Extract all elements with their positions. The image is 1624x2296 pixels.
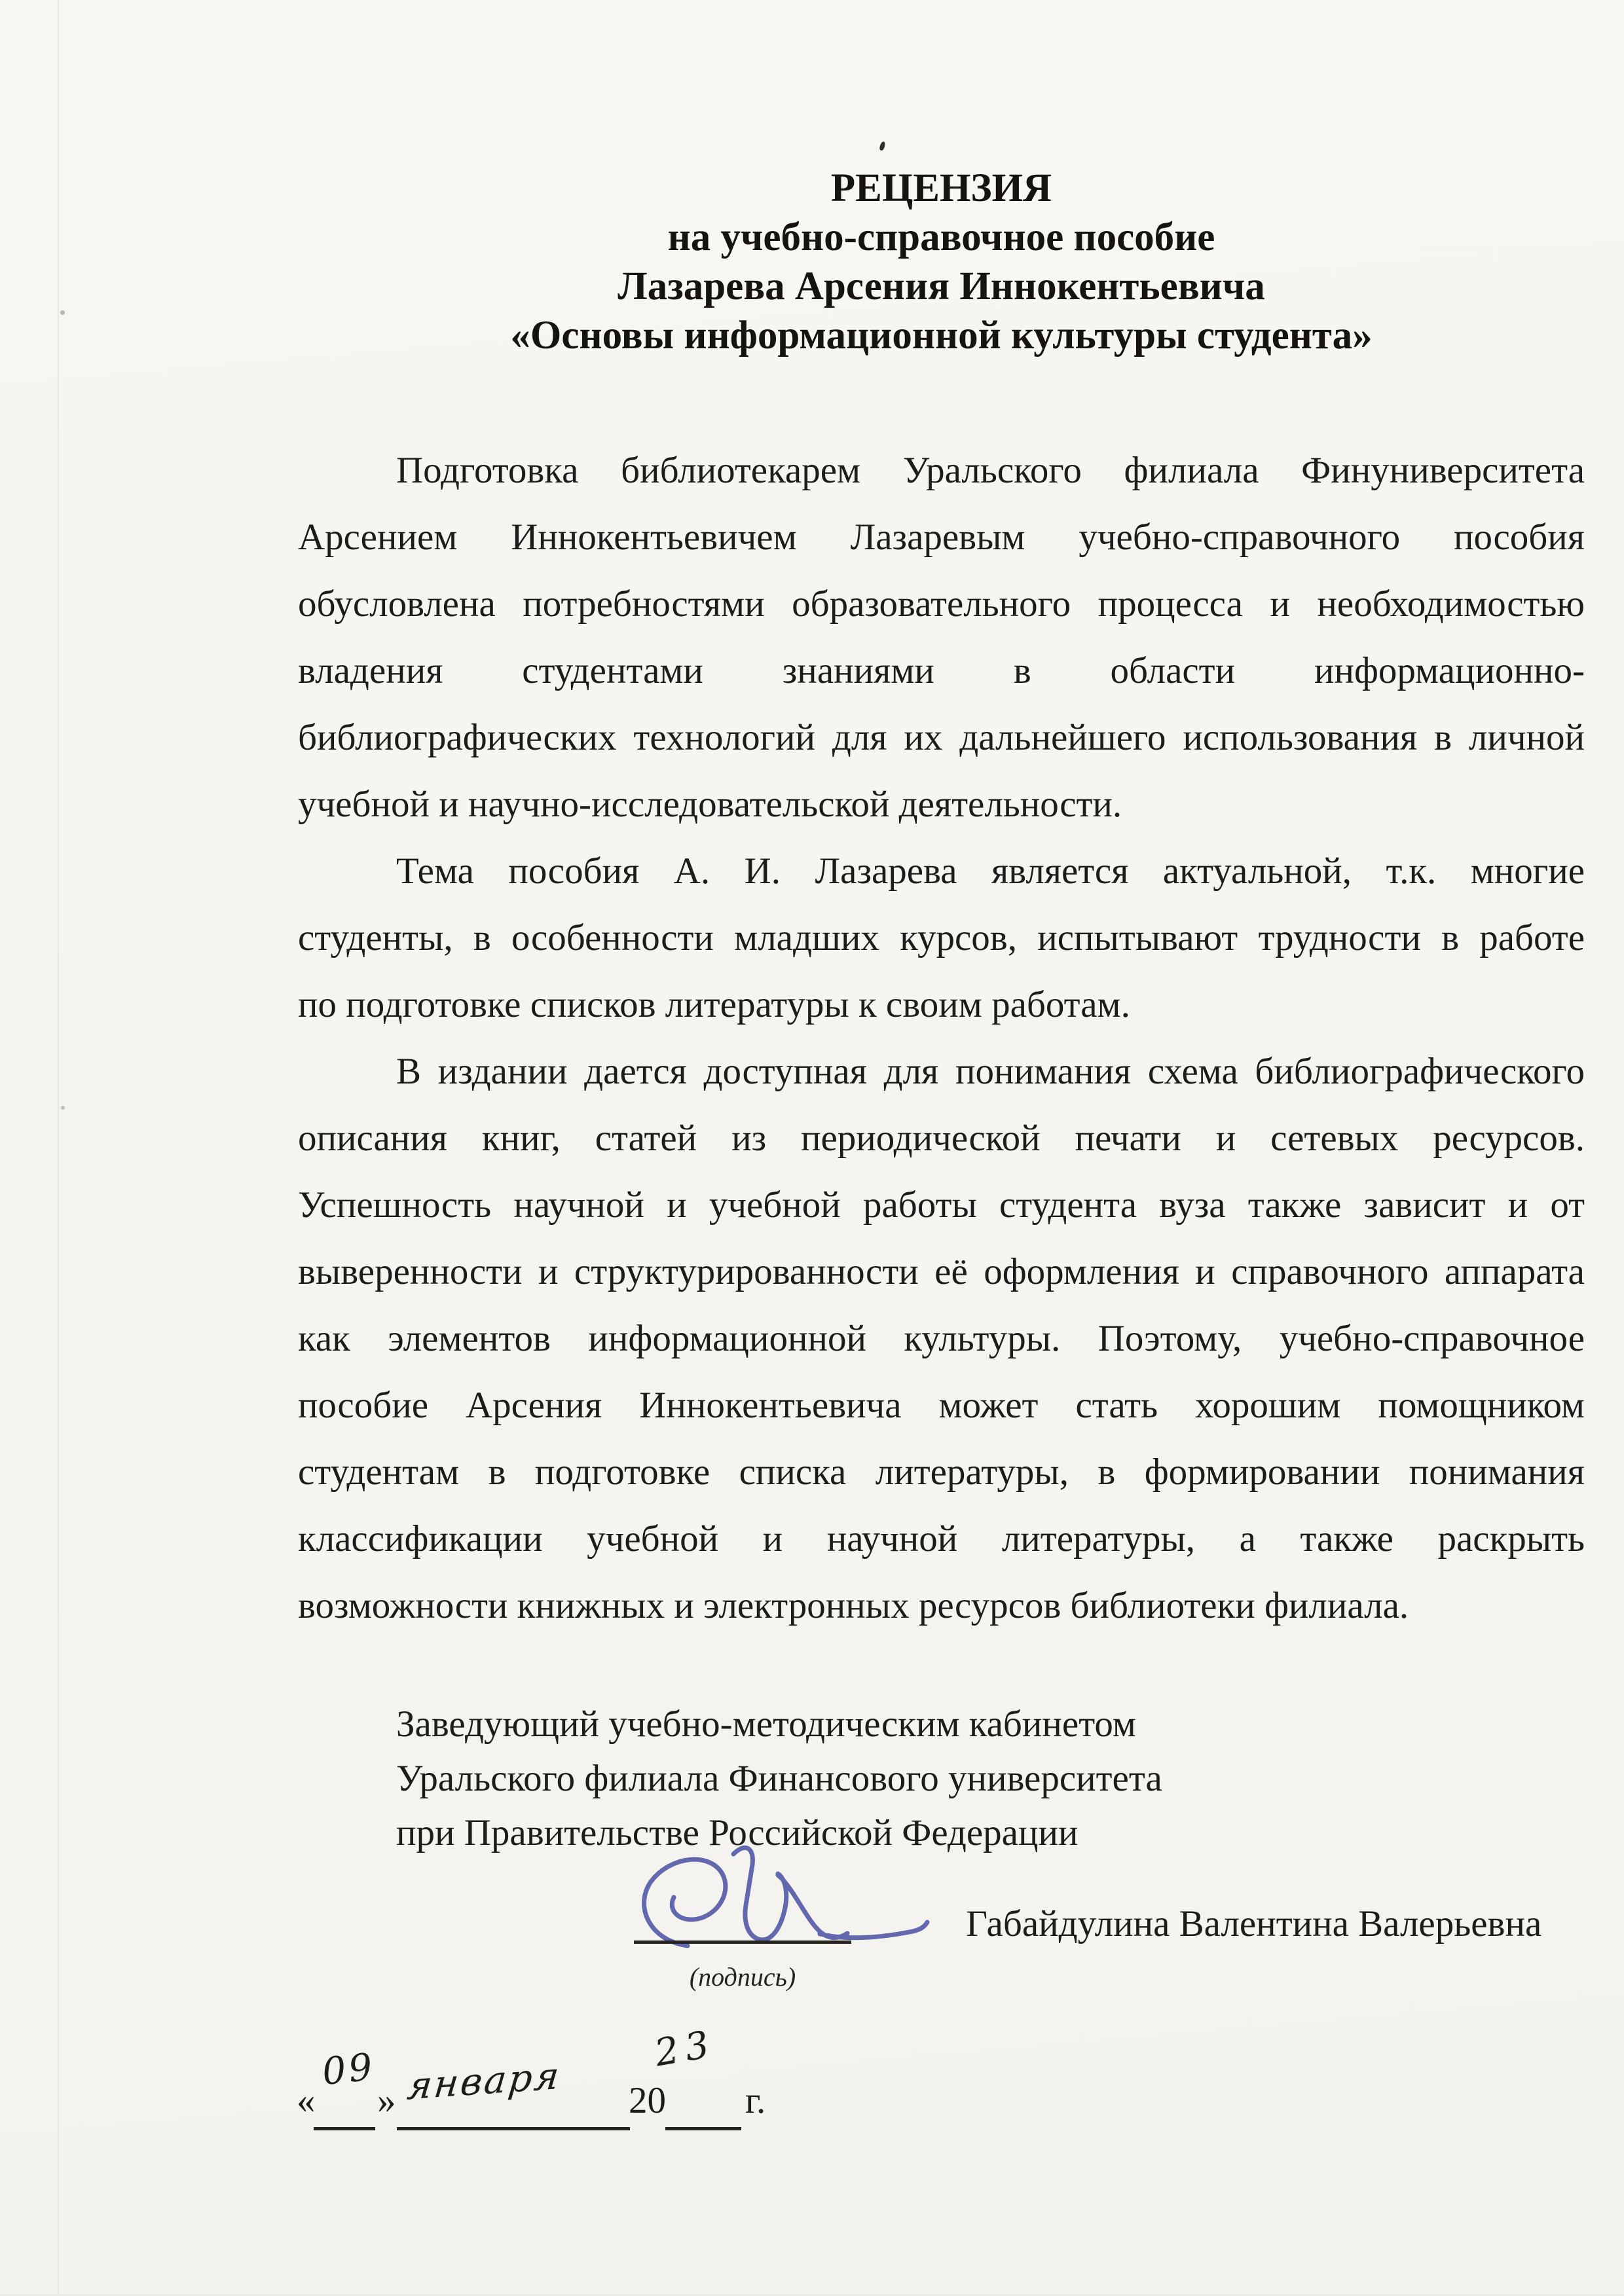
date-year-underline	[665, 2127, 741, 2130]
title-line: на учебно-справочное пособие	[298, 213, 1585, 262]
body-line: Подготовка библиотекарем Уральского фили…	[298, 437, 1585, 504]
title-line: РЕЦЕНЗИЯ	[298, 164, 1585, 213]
body-line: возможности книжных и электронных ресурс…	[298, 1573, 1585, 1639]
body-line: выверенности и структурированности её оф…	[298, 1239, 1585, 1305]
body-line: библиографических технологий для их даль…	[298, 704, 1585, 771]
scan-speck	[879, 141, 886, 151]
date-month-underline	[397, 2127, 630, 2130]
document-body: Подготовка библиотекарем Уральского фили…	[298, 437, 1585, 1639]
body-line: обусловлена потребностями образовательно…	[298, 571, 1585, 638]
body-line: Арсением Иннокентьевичем Лазаревым учебн…	[298, 504, 1585, 571]
scan-speck	[60, 310, 65, 315]
body-line: Успешность научной и учебной работы студ…	[298, 1172, 1585, 1239]
signatory-position-line: Уральского филиала Финансового университ…	[396, 1751, 1378, 1806]
handwritten-year: 23	[652, 2022, 719, 2075]
body-line: В издании дается доступная для понимания…	[298, 1038, 1585, 1105]
signature-line	[634, 1941, 851, 1944]
date-close-quote: »	[377, 2079, 396, 2122]
body-line: Тема пособия А. И. Лазарева является акт…	[298, 838, 1585, 905]
scanned-review-page: РЕЦЕНЗИЯ на учебно-справочное пособие Ла…	[0, 0, 1624, 2296]
body-line: студенты, в особенности младших курсов, …	[298, 905, 1585, 972]
body-line: студентам в подготовке списка литературы…	[298, 1439, 1585, 1506]
handwritten-signature	[622, 1841, 936, 1965]
date-year-prefix: 20	[629, 2079, 666, 2122]
body-line: по подготовке списков литературы к своим…	[298, 972, 1585, 1038]
date-open-quote: «	[297, 2079, 316, 2122]
title-line: Лазарева Арсения Иннокентьевича	[298, 262, 1585, 311]
scan-speck	[61, 1106, 65, 1110]
signatory-position-line: Заведующий учебно-методическим кабинетом	[396, 1697, 1378, 1751]
document-title-block: РЕЦЕНЗИЯ на учебно-справочное пособие Ла…	[298, 164, 1585, 360]
body-line: пособие Арсения Иннокентьевича может ста…	[298, 1372, 1585, 1439]
handwritten-day: 09	[320, 2045, 377, 2094]
date-year-label: г.	[745, 2079, 766, 2122]
handwritten-month: января	[405, 2054, 563, 2108]
body-line: описания книг, статей из периодической п…	[298, 1105, 1585, 1172]
body-line: учебной и научно-исследовательской деяте…	[298, 771, 1585, 838]
date-day-underline	[314, 2127, 375, 2130]
body-line: как элементов информационной культуры. П…	[298, 1305, 1585, 1372]
body-line: владения студентами знаниями в области и…	[298, 638, 1585, 704]
signature-caption: (подпись)	[634, 1961, 851, 1992]
title-line: «Основы информационной культуры студента…	[298, 311, 1585, 360]
signatory-name: Габайдулина Валентина Валерьевна	[966, 1903, 1541, 1945]
scan-edge-artifact	[58, 0, 59, 2296]
body-line: классификации учебной и научной литерату…	[298, 1506, 1585, 1573]
signatory-position-block: Заведующий учебно-методическим кабинетом…	[396, 1697, 1378, 1860]
